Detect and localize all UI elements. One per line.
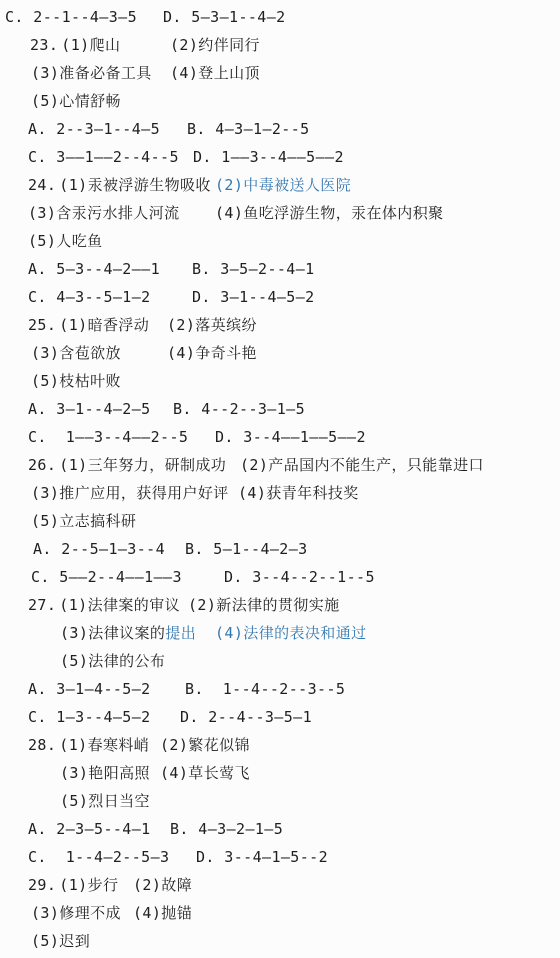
item-3: (3)含汞污水排人河流 [28, 203, 180, 223]
item-1: (1)三年努力，研制成功 [59, 456, 226, 474]
option-a: A. 2--3—1--4—5 [28, 119, 160, 139]
item-4: (4)抛锚 [133, 903, 192, 923]
question-29-header: 29.(1)步行 [28, 875, 118, 895]
option-b: B. 4—3—1—2--5 [187, 119, 310, 139]
question-24-header: 24.(1)汞被浮游生物吸收 [28, 175, 211, 195]
question-number: 23. [30, 36, 58, 54]
item-5: (5)迟到 [31, 931, 90, 951]
question-28-options-cd: C. 1--4—2--5—3 D. 3--4—1—5--2 [0, 843, 560, 871]
option-d: D. 1——3--4——5——2 [193, 147, 344, 167]
question-27-options-cd: C. 1—3--4—5—2 D. 2--4--3—5—1 [0, 703, 560, 731]
question-27-header: 27.(1)法律案的审议 [28, 595, 180, 615]
item-1: (1)暗香浮动 [59, 316, 149, 334]
question-28-row-2: (3)艳阳高照 (4)草长莺飞 [0, 759, 560, 787]
question-28-header: 28.(1)春寒料峭 [28, 735, 149, 755]
item-5: (5)枝枯叶败 [31, 371, 121, 391]
question-27-row-3: (5)法律的公布 [0, 647, 560, 675]
option-a: A. 3—1—4--5—2 [28, 679, 151, 699]
question-29-row-1: 29.(1)步行 (2)故障 [0, 871, 560, 899]
item-3: (3)含苞欲放 [31, 343, 121, 363]
question-28-row-3: (5)烈日当空 [0, 787, 560, 815]
item-4: (4)获青年科技奖 [238, 483, 359, 503]
item-5: (5)烈日当空 [60, 791, 150, 811]
option-c: C. 1——3--4——2--5 [28, 427, 188, 447]
option-a: A. 2—3—5--4—1 [28, 819, 151, 839]
item-2: (2)产品国内不能生产，只能靠进口 [240, 455, 484, 475]
option-a: A. 3—1--4—2—5 [28, 399, 151, 419]
item-2: (2)新法律的贯彻实施 [188, 595, 340, 615]
item-3: (3)推广应用，获得用户好评 [31, 483, 229, 503]
question-25-row-1: 25.(1)暗香浮动 (2)落英缤纷 [0, 311, 560, 339]
question-28-options-ab: A. 2—3—5--4—1 B. 4—3—2—1—5 [0, 815, 560, 843]
question-29-row-2: (3)修理不成 (4)抛锚 [0, 899, 560, 927]
item-3: (3)艳阳高照 [60, 763, 150, 783]
question-number: 25. [28, 316, 56, 334]
item-1: (1)爬山 [61, 36, 120, 54]
item-3-highlighted: 提出 [165, 624, 196, 642]
item-2: (2)约伴同行 [170, 35, 260, 55]
option-c: C. 1—3--4—5—2 [28, 707, 151, 727]
question-25-options-ab: A. 3—1--4—2—5 B. 4--2--3—1—5 [0, 395, 560, 423]
option-d: D. 2--4--3—5—1 [180, 707, 312, 727]
option-b: B. 4—3—2—1—5 [170, 819, 283, 839]
question-number: 26. [28, 456, 56, 474]
option-c: C. 1--4—2--5—3 [28, 847, 169, 867]
item-5: (5)人吃鱼 [28, 231, 103, 251]
question-23-options-ab: A. 2--3—1--4—5 B. 4—3—1—2--5 [0, 115, 560, 143]
prev-option-d: D. 5—3—1--4—2 [163, 7, 286, 27]
question-number: 29. [28, 876, 56, 894]
option-a: A. 5—3--4—2——1 [28, 259, 160, 279]
question-23-row-2: (3)准备必备工具 (4)登上山顶 [0, 59, 560, 87]
option-a: A. 2--5—1—3--4 [33, 539, 165, 559]
option-d: D. 3--4--2--1--5 [224, 567, 375, 587]
question-27-row-1: 27.(1)法律案的审议 (2)新法律的贯彻实施 [0, 591, 560, 619]
question-23-header: 23.(1)爬山 [30, 35, 120, 55]
question-29-row-3: (5)迟到 [0, 927, 560, 955]
item-5: (5)心情舒畅 [31, 91, 121, 111]
question-24-row-2: (3)含汞污水排人河流 (4)鱼吃浮游生物，汞在体内积聚 [0, 199, 560, 227]
item-4: (4)鱼吃浮游生物，汞在体内积聚 [215, 203, 444, 223]
item-5: (5)法律的公布 [60, 651, 165, 671]
item-2: (2)繁花似锦 [160, 735, 250, 755]
item-2: (2)故障 [133, 875, 192, 895]
item-4-highlighted: (4)法律的表决和通过 [215, 623, 367, 643]
question-23-row-1: 23.(1)爬山 (2)约伴同行 [0, 31, 560, 59]
item-2: (2)落英缤纷 [167, 315, 257, 335]
item-3: (3)修理不成 [31, 903, 121, 923]
question-27-options-ab: A. 3—1—4--5—2 B. 1--4--2--3--5 [0, 675, 560, 703]
question-number: 24. [28, 176, 56, 194]
question-27-row-2: (3)法律议案的提出 (4)法律的表决和通过 [0, 619, 560, 647]
question-28-row-1: 28.(1)春寒料峭 (2)繁花似锦 [0, 731, 560, 759]
exam-document-page: C. 2--1--4—3—5 D. 5—3—1--4—2 23.(1)爬山 (2… [0, 0, 560, 958]
question-24-row-1: 24.(1)汞被浮游生物吸收 (2)中毒被送人医院 [0, 171, 560, 199]
item-3-prefix: (3)法律议案的 [60, 624, 165, 642]
question-24-options-cd: C. 4—3--5—1—2 D. 3—1--4—5—2 [0, 283, 560, 311]
question-24-options-ab: A. 5—3--4—2——1 B. 3—5—2--4—1 [0, 255, 560, 283]
question-number: 28. [28, 736, 56, 754]
question-26-row-3: (5)立志搞科研 [0, 507, 560, 535]
question-26-header: 26.(1)三年努力，研制成功 [28, 455, 226, 475]
item-1: (1)春寒料峭 [59, 736, 149, 754]
prev-option-c: C. 2--1--4—3—5 [5, 7, 137, 27]
question-24-row-3: (5)人吃鱼 [0, 227, 560, 255]
question-25-row-3: (5)枝枯叶败 [0, 367, 560, 395]
item-4: (4)登上山顶 [170, 63, 260, 83]
option-b: B. 5—1--4—2—3 [185, 539, 308, 559]
item-1: (1)法律案的审议 [59, 596, 180, 614]
prev-question-options-cd: C. 2--1--4—3—5 D. 5—3—1--4—2 [0, 3, 560, 31]
option-d: D. 3--4—1—5--2 [196, 847, 328, 867]
question-number: 27. [28, 596, 56, 614]
question-26-row-1: 26.(1)三年努力，研制成功 (2)产品国内不能生产，只能靠进口 [0, 451, 560, 479]
item-2-highlighted: (2)中毒被送人医院 [215, 175, 351, 195]
option-c: C. 5——2--4——1——3 [31, 567, 182, 587]
option-d: D. 3—1--4—5—2 [192, 287, 315, 307]
item-5: (5)立志搞科研 [31, 511, 136, 531]
question-26-options-cd: C. 5——2--4——1——3 D. 3--4--2--1--5 [0, 563, 560, 591]
option-c: C. 3——1——2--4--5 [28, 147, 179, 167]
question-25-header: 25.(1)暗香浮动 [28, 315, 149, 335]
option-b: B. 3—5—2--4—1 [192, 259, 315, 279]
option-b: B. 1--4--2--3--5 [185, 679, 345, 699]
question-26-options-ab: A. 2--5—1—3--4 B. 5—1--4—2—3 [0, 535, 560, 563]
item-4: (4)争奇斗艳 [167, 343, 257, 363]
question-26-row-2: (3)推广应用，获得用户好评 (4)获青年科技奖 [0, 479, 560, 507]
item-4: (4)草长莺飞 [160, 763, 250, 783]
item-1: (1)汞被浮游生物吸收 [59, 176, 211, 194]
item-3: (3)准备必备工具 [31, 63, 152, 83]
question-23-options-cd: C. 3——1——2--4--5 D. 1——3--4——5——2 [0, 143, 560, 171]
option-c: C. 4—3--5—1—2 [28, 287, 151, 307]
item-3: (3)法律议案的提出 [60, 623, 196, 643]
option-d: D. 3--4——1——5——2 [215, 427, 366, 447]
option-b: B. 4--2--3—1—5 [173, 399, 305, 419]
question-25-row-2: (3)含苞欲放 (4)争奇斗艳 [0, 339, 560, 367]
item-1: (1)步行 [59, 876, 118, 894]
question-25-options-cd: C. 1——3--4——2--5 D. 3--4——1——5——2 [0, 423, 560, 451]
question-23-row-3: (5)心情舒畅 [0, 87, 560, 115]
